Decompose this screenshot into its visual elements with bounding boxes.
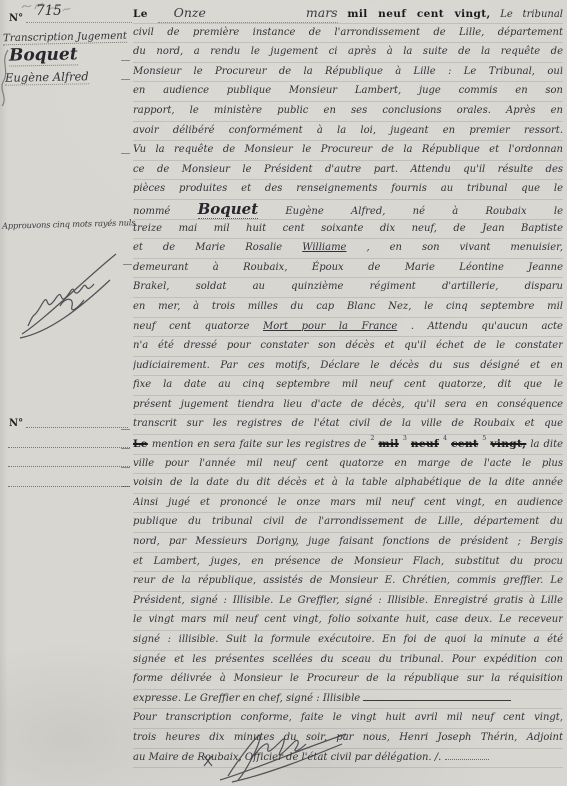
margin-tick <box>121 153 130 154</box>
text-line: fixe la date au cinq septembre mil neuf … <box>133 376 563 396</box>
text-segment: 2 <box>370 435 374 442</box>
text-segment: neuf cent quatorze <box>133 321 249 332</box>
text-segment: Mort pour la France <box>263 321 397 332</box>
margin-tick <box>121 60 130 61</box>
text-segment: treize mai mil huit cent soixante dix ne… <box>133 223 563 234</box>
margin-tick <box>121 486 130 487</box>
text-segment: signé : illisible. Suit la formule exécu… <box>133 634 563 645</box>
text-line: civil de première instance de l'arrondis… <box>133 24 563 44</box>
text-segment: nord, par Messieurs Dorigny, juge faisan… <box>133 536 563 547</box>
text-line: n'a été dressé pour constater son décès … <box>133 337 563 357</box>
text-segment: et Lambert, juges, en présence de Monsie… <box>133 556 563 567</box>
second-record-number-label: N° <box>9 418 23 429</box>
text-segment: Le tribunal <box>500 9 563 20</box>
text-line: voisin de la date du dit décès et à la t… <box>133 474 563 494</box>
text-line: le vingt mars mil neuf cent vingt, folio… <box>133 611 563 631</box>
text-segment: nommé <box>133 206 170 217</box>
text-line: en mer, à trois milles du cap Blanc Nez,… <box>133 298 563 318</box>
text-segment: Le <box>133 438 148 450</box>
text-segment: et de Marie Rosalie <box>133 242 282 253</box>
text-segment: Le <box>133 8 148 20</box>
text-line: nommé Boquet Eugène Alfred, né à Roubaix… <box>133 200 563 220</box>
margin-tick <box>121 448 130 449</box>
text-segment: ville pour l'année mil neuf cent quatorz… <box>133 458 563 469</box>
text-line: demeurant à Roubaix, Époux de Marie Léon… <box>133 259 563 279</box>
text-segment: Boquet <box>198 200 259 219</box>
record-type: Transcription Jugement <box>3 30 127 46</box>
text-line: en audience publique Monsieur Lambert, j… <box>133 82 563 102</box>
text-segment: cent <box>451 438 478 450</box>
scanned-civil-record: { "colors": { "paper": "#d8d6d0", "ink":… <box>0 0 567 786</box>
text-segment: avoir délibéré conformément à la loi, ju… <box>133 125 563 136</box>
margin-tick <box>121 429 130 430</box>
text-segment: fixe la date au cinq septembre mil neuf … <box>133 379 563 390</box>
text-segment: transcrit sur les registres de l'état ci… <box>133 418 563 429</box>
text-line: judiciairement. Par ces motifs, Déclare … <box>133 357 563 377</box>
text-segment: Williame <box>302 242 346 253</box>
text-segment: rapport, le ministère public en ses conc… <box>133 105 563 116</box>
text-line: Vu la requête de Monsieur le Procureur d… <box>133 141 563 161</box>
margin-tick <box>121 79 130 80</box>
approval-note: Approuvons cinq mots rayés nuls <box>2 217 136 230</box>
record-number: 715 <box>26 3 132 23</box>
text-line: ville pour l'année mil neuf cent quatorz… <box>133 455 563 475</box>
text-segment: voisin de la date du dit décès et à la t… <box>133 477 563 488</box>
text-line: transcrit sur les registres de l'état ci… <box>133 415 563 435</box>
text-segment <box>363 691 511 701</box>
text-line: Brakel, soldat au quinzième régiment d'a… <box>133 278 563 298</box>
margin-flourish <box>0 48 12 108</box>
text-line: forme délivrée à Monsieur le Procureur d… <box>133 670 563 690</box>
text-segment: présent jugement tiendra lieu d'acte de … <box>133 399 563 410</box>
blank-number-line <box>26 427 128 428</box>
blank-margin-line <box>8 447 130 448</box>
record-surname: Boquet <box>9 44 78 66</box>
record-number-label: N° <box>9 13 23 24</box>
margin-tick <box>121 467 130 468</box>
text-segment: en mer, à trois milles du cap Blanc Nez,… <box>133 301 563 312</box>
text-line: Ainsi jugé et prononcé le onze mars mil … <box>133 494 563 514</box>
text-line: Le mention en sera faite sur les registr… <box>133 435 563 455</box>
text-segment: Brakel, soldat au quinzième régiment d'a… <box>133 281 563 292</box>
text-segment: Pour transcription conforme, faite le vi… <box>133 712 563 723</box>
text-segment: 5 <box>482 435 486 442</box>
body-lines: Le Onze mars mil neuf cent vingt, Le tri… <box>133 4 563 768</box>
text-segment: 3 <box>403 435 407 442</box>
text-segment: vingt, <box>490 438 526 450</box>
text-segment: pièces produites et des renseignements f… <box>133 183 563 194</box>
text-segment: Vu la requête de Monsieur le Procureur d… <box>133 144 563 155</box>
text-segment: Ainsi jugé et prononcé le onze mars mil … <box>133 497 563 508</box>
footer-signature <box>198 726 358 784</box>
text-line: nord, par Messieurs Dorigny, juge faisan… <box>133 533 563 553</box>
text-segment: publique du tribunal civil de l'arrondis… <box>133 516 563 527</box>
text-line: rapport, le ministère public en ses conc… <box>133 102 563 122</box>
text-segment: n'a été dressé pour constater son décès … <box>133 340 563 351</box>
text-line: signée et les présentes scellées du scea… <box>133 651 563 671</box>
text-segment: expresse. Le Greffier en chef, signé : I… <box>133 693 360 704</box>
text-line: du nord, a rendu le jugement ci après à … <box>133 43 563 63</box>
text-line: neuf cent quatorze Mort pour la France .… <box>133 318 563 338</box>
record-given-names: Eugène Alfred <box>5 69 89 85</box>
text-segment: Président, signé : Illisible. Le Greffie… <box>133 595 563 606</box>
text-line: ce de Monsieur le Président d'autre part… <box>133 161 563 181</box>
text-line: avoir délibéré conformément à la loi, ju… <box>133 122 563 142</box>
text-line: Le Onze mars mil neuf cent vingt, Le tri… <box>133 4 563 24</box>
text-segment: Monsieur le Procureur de la République à… <box>133 66 563 77</box>
blank-margin-line <box>8 466 130 467</box>
text-segment: ce de Monsieur le Président d'autre part… <box>133 164 563 175</box>
margin-signature <box>14 246 124 342</box>
text-segment: forme délivrée à Monsieur le Procureur d… <box>133 673 563 684</box>
text-segment: neuf <box>411 438 439 450</box>
blank-margin-line <box>8 486 130 487</box>
text-segment: demeurant à Roubaix, Époux de Marie Léon… <box>133 262 563 273</box>
margin-tick <box>123 264 132 265</box>
text-segment: en audience publique Monsieur Lambert, j… <box>133 85 563 96</box>
text-segment: mil neuf cent vingt, <box>347 8 490 20</box>
text-line: publique du tribunal civil de l'arrondis… <box>133 513 563 533</box>
text-segment: Eugène Alfred, né à Roubaix le <box>285 206 563 217</box>
text-line: pièces produites et des renseignements f… <box>133 180 563 200</box>
text-segment: le vingt mars mil neuf cent vingt, folio… <box>133 614 563 625</box>
text-segment: mil <box>378 438 398 450</box>
text-segment: du nord, a rendu le jugement ci après à … <box>133 46 563 57</box>
text-line: présent jugement tiendra lieu d'acte de … <box>133 396 563 416</box>
text-segment: civil de première instance de l'arrondis… <box>133 27 563 38</box>
text-segment <box>445 750 489 760</box>
text-segment: signée et les présentes scellées du scea… <box>133 654 563 665</box>
text-line: signé : illisible. Suit la formule exécu… <box>133 631 563 651</box>
text-segment: judiciairement. Par ces motifs, Déclare … <box>133 360 563 371</box>
text-line: et de Marie Rosalie Williame , en son vi… <box>133 239 563 259</box>
text-segment: 4 <box>443 435 447 442</box>
text-segment: la dite <box>530 439 563 450</box>
text-line: et Lambert, juges, en présence de Monsie… <box>133 553 563 573</box>
text-line: expresse. Le Greffier en chef, signé : I… <box>133 690 563 710</box>
text-segment: reur de la république, assistés de Monsi… <box>133 575 563 586</box>
text-segment: , en son vivant menuisier, <box>366 242 563 253</box>
text-segment: Onze mars <box>158 4 338 23</box>
text-line: reur de la république, assistés de Monsi… <box>133 572 563 592</box>
text-line: Monsieur le Procureur de la République à… <box>133 63 563 83</box>
text-line: Président, signé : Illisible. Le Greffie… <box>133 592 563 612</box>
text-segment: . Attendu qu'aucun acte <box>411 321 563 332</box>
text-line: treize mai mil huit cent soixante dix ne… <box>133 220 563 240</box>
text-segment: mention en sera faite sur les registres … <box>152 439 367 450</box>
